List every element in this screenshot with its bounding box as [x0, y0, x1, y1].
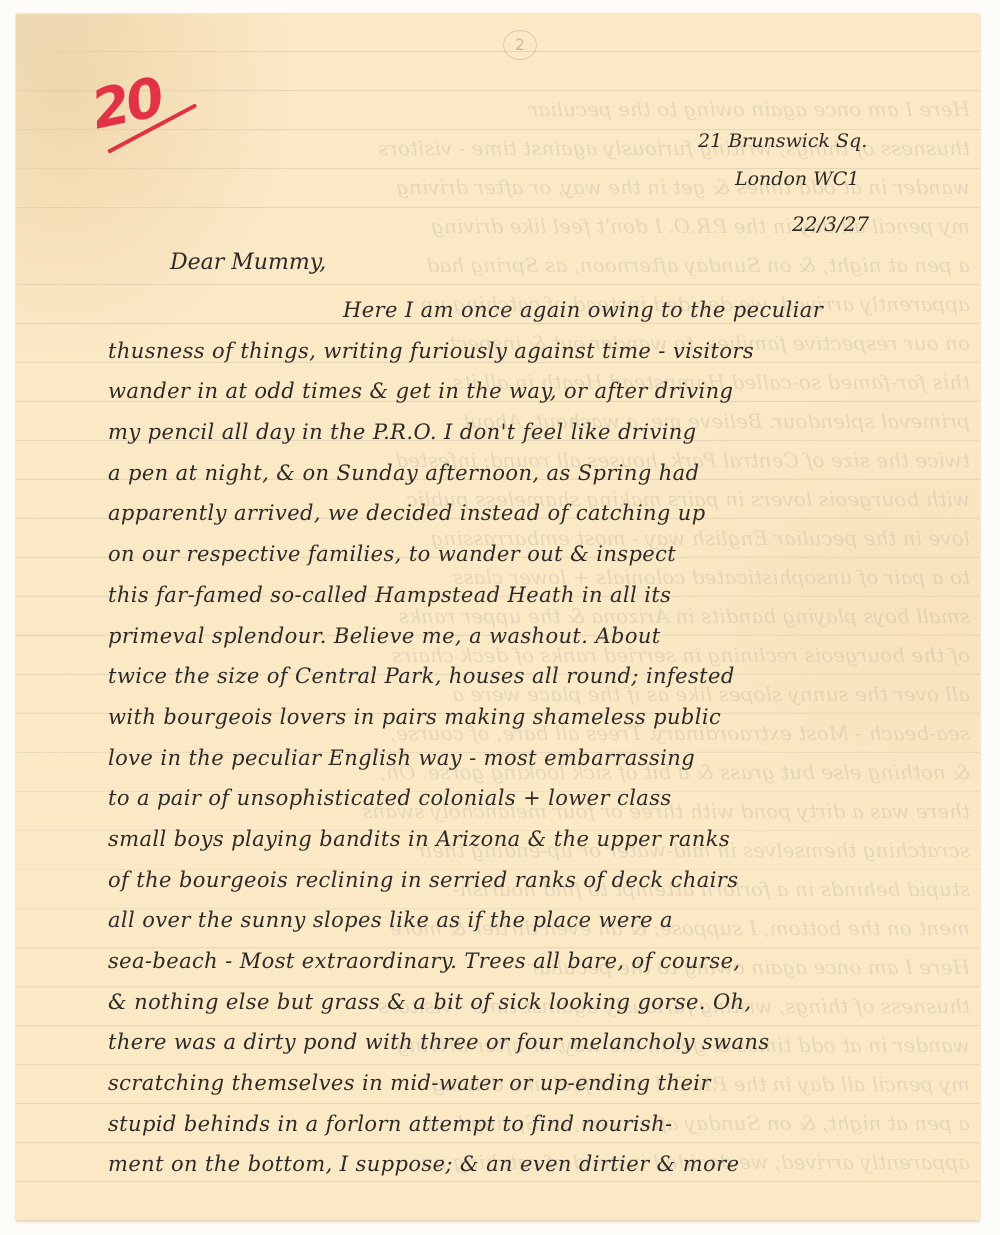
letter-body: Here I am once again owing to the peculi…: [108, 290, 978, 1185]
body-line: Here I am once again owing to the peculi…: [108, 290, 978, 331]
body-line: stupid behinds in a forlorn attempt to f…: [108, 1104, 978, 1145]
body-line: twice the size of Central Park, houses a…: [108, 656, 978, 697]
address-line-1: 21 Brunswick Sq.: [698, 130, 867, 152]
body-line: a pen at night, & on Sunday afternoon, a…: [108, 453, 978, 494]
body-line: my pencil all day in the P.R.O. I don't …: [108, 412, 978, 453]
letter-date: 22/3/27: [792, 212, 869, 236]
body-line: thusness of things, writing furiously ag…: [108, 331, 978, 372]
body-line: apparently arrived, we decided instead o…: [108, 493, 978, 534]
body-line: & nothing else but grass & a bit of sick…: [108, 982, 978, 1023]
address-line-2: London WC1: [735, 168, 859, 190]
body-line: this far-famed so-called Hampstead Heath…: [108, 575, 978, 616]
body-line: there was a dirty pond with three or fou…: [108, 1022, 978, 1063]
body-line: all over the sunny slopes like as if the…: [108, 900, 978, 941]
paper-corner-stain: [16, 14, 126, 84]
body-line: love in the peculiar English way - most …: [108, 738, 978, 779]
body-line: on our respective families, to wander ou…: [108, 534, 978, 575]
body-line: sea-beach - Most extraordinary. Trees al…: [108, 941, 978, 982]
body-line: to a pair of unsophisticated colonials +…: [108, 778, 978, 819]
circled-page-number: 2: [503, 30, 537, 60]
body-line: ment on the bottom, I suppose; & an even…: [108, 1144, 978, 1185]
salutation: Dear Mummy,: [170, 250, 326, 275]
body-line: small boys playing bandits in Arizona & …: [108, 819, 978, 860]
body-line: wander in at odd times & get in the way,…: [108, 371, 978, 412]
body-line: scratching themselves in mid-water or up…: [108, 1063, 978, 1104]
body-line: of the bourgeois reclining in serried ra…: [108, 860, 978, 901]
body-line: with bourgeois lovers in pairs making sh…: [108, 697, 978, 738]
body-line: primeval splendour. Believe me, a washou…: [108, 616, 978, 657]
